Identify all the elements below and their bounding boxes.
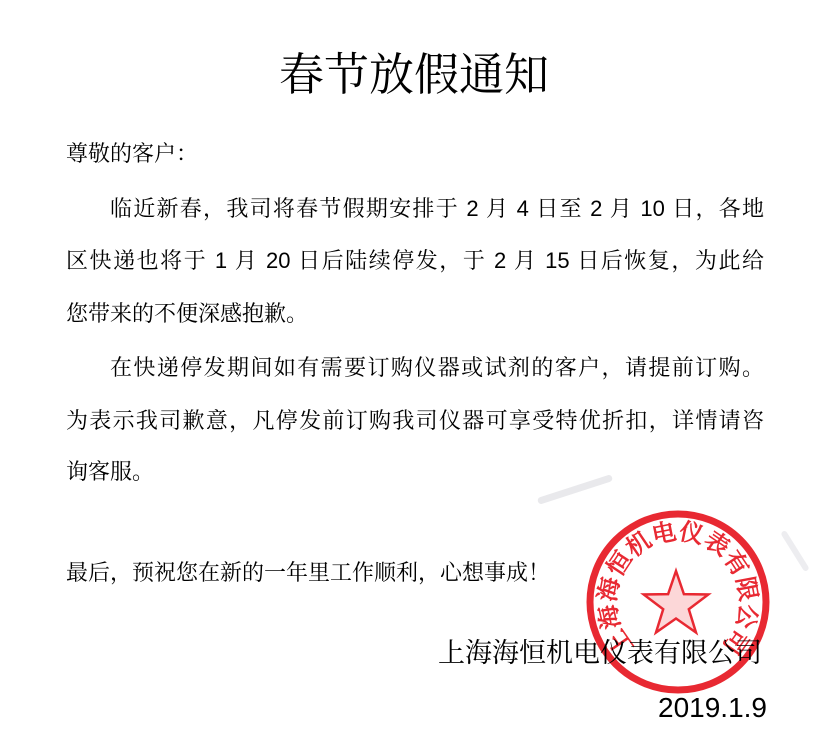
body-line: 询客服。 [66,458,764,487]
closing-line: 最后，预祝您在新的一年里工作顺利，心想事成！ [66,559,764,588]
company-signature: 上海海恒机电仪表有限公司 [438,637,762,669]
body-line: 在快递停发期间如有需要订购仪器或试剂的客户，请提前订购。 [66,354,764,383]
document-date: 2019.1.9 [658,691,767,725]
body-line: 区快递也将于 1 月 20 日后陆续停发，于 2 月 15 日后恢复，为此给 [66,247,764,276]
company-seal: 上海海恒机电仪表有限公司 [568,492,788,712]
body-line: 为表示我司歉意，凡停发前订购我司仪器可享受特优折扣，详情请咨 [66,407,764,436]
holiday-notice-document: 春节放假通知 尊敬的客户： 临近新春，我司将春节假期安排于 2 月 4 日至 2… [0,0,828,740]
salutation-line: 尊敬的客户： [66,140,764,169]
page-title: 春节放假通知 [0,38,828,103]
body-line: 您带来的不便深感抱歉。 [66,300,764,329]
body-line: 临近新春，我司将春节假期安排于 2 月 4 日至 2 月 10 日，各地 [66,195,764,224]
